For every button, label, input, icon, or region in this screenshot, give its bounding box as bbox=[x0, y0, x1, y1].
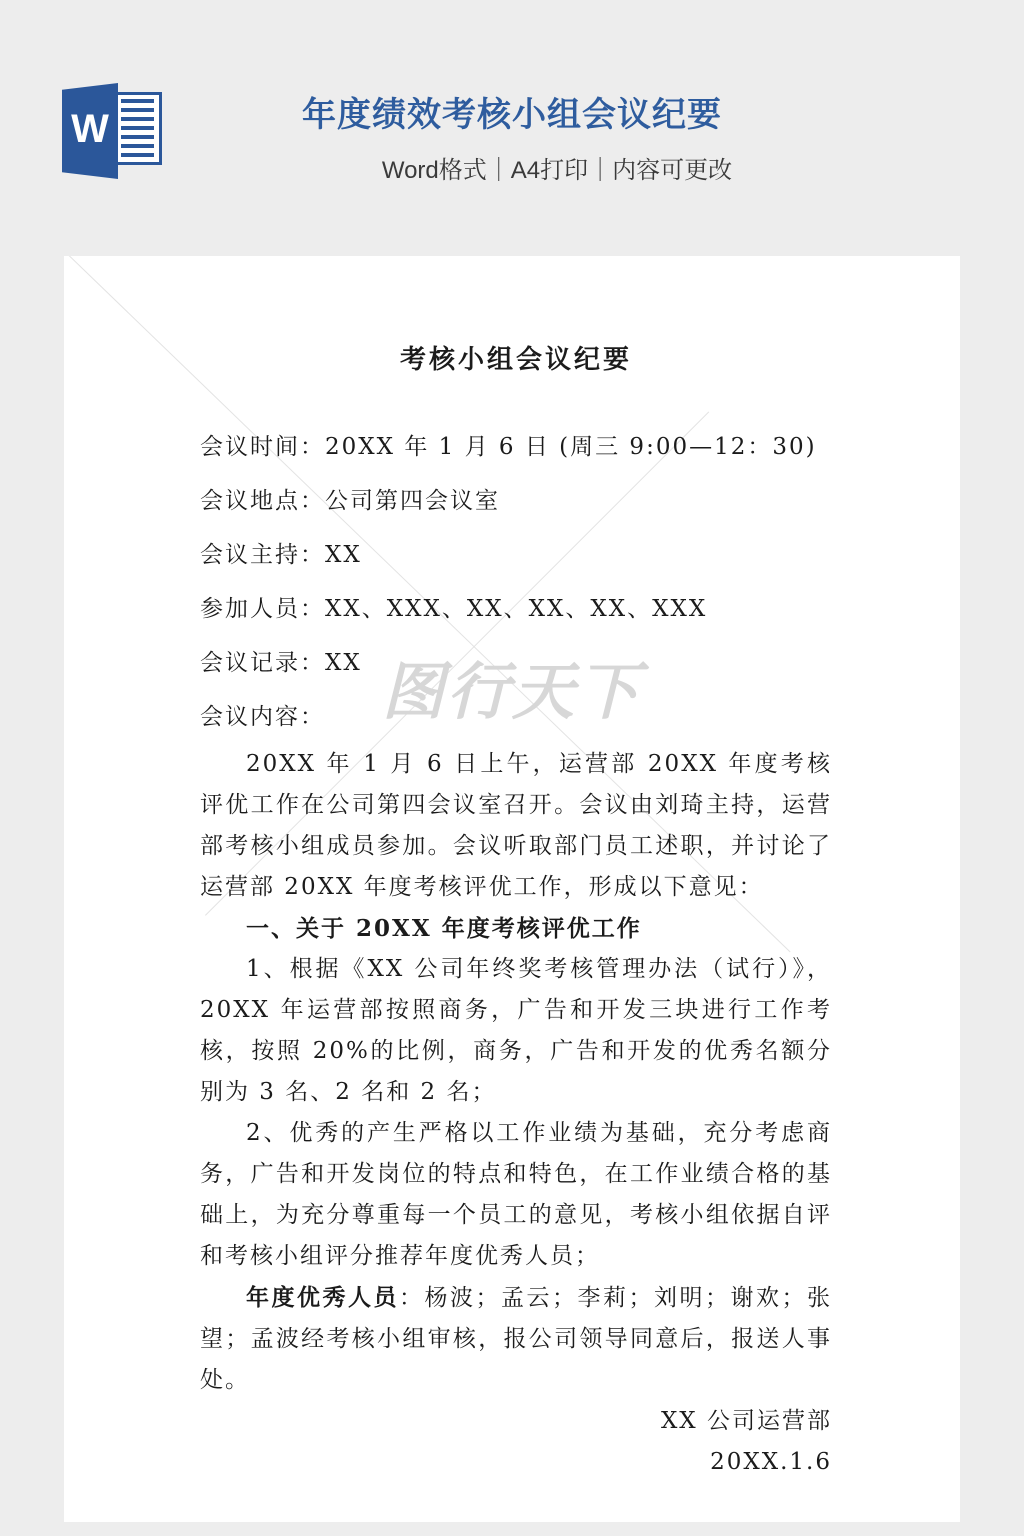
paragraph-item-1: 1、根据《XX 公司年终奖考核管理办法（试行）》，20XX 年运营部按照商务，广… bbox=[200, 949, 832, 1113]
signature-org: XX 公司运营部 bbox=[200, 1401, 832, 1442]
template-subtitle: Word格式｜A4打印｜内容可更改 bbox=[45, 154, 1024, 188]
paragraph-awardees: 年度优秀人员：杨波；孟云；李莉；刘明；谢欢；张望；孟波经考核小组审核，报公司领导… bbox=[200, 1277, 832, 1401]
meta-meeting-place: 会议地点：公司第四会议室 bbox=[200, 474, 832, 528]
meta-meeting-content-label: 会议内容： bbox=[200, 690, 832, 744]
template-title: 年度绩效考核小组会议纪要 bbox=[0, 92, 1024, 138]
meeting-meta: 会议时间：20XX 年 1 月 6 日 (周三 9:00—12：30) 会议地点… bbox=[200, 420, 832, 744]
template-header: W 年度绩效考核小组会议纪要 Word格式｜A4打印｜内容可更改 bbox=[0, 0, 1024, 256]
meeting-body: 20XX 年 1 月 6 日上午，运营部 20XX 年度考核评优工作在公司第四会… bbox=[200, 744, 832, 1483]
meta-meeting-recorder: 会议记录：XX bbox=[200, 636, 832, 690]
document-content: 考核小组会议纪要 会议时间：20XX 年 1 月 6 日 (周三 9:00—12… bbox=[64, 256, 960, 1483]
meta-meeting-attendees: 参加人员：XX、XXX、XX、XX、XX、XXX bbox=[200, 582, 832, 636]
section-heading: 一、关于 20XX 年度考核评优工作 bbox=[200, 908, 832, 949]
paragraph-intro: 20XX 年 1 月 6 日上午，运营部 20XX 年度考核评优工作在公司第四会… bbox=[200, 744, 832, 908]
document-page: 图行天下 考核小组会议纪要 会议时间：20XX 年 1 月 6 日 (周三 9:… bbox=[64, 256, 960, 1522]
meta-meeting-time: 会议时间：20XX 年 1 月 6 日 (周三 9:00—12：30) bbox=[200, 420, 832, 474]
signature-date: 20XX.1.6 bbox=[200, 1442, 832, 1483]
paragraph-item-2: 2、优秀的产生严格以工作业绩为基础，充分考虑商务，广告和开发岗位的特点和特色，在… bbox=[200, 1113, 832, 1277]
meta-meeting-host: 会议主持：XX bbox=[200, 528, 832, 582]
document-title: 考核小组会议纪要 bbox=[200, 340, 832, 380]
awardees-label: 年度优秀人员 bbox=[246, 1284, 399, 1311]
